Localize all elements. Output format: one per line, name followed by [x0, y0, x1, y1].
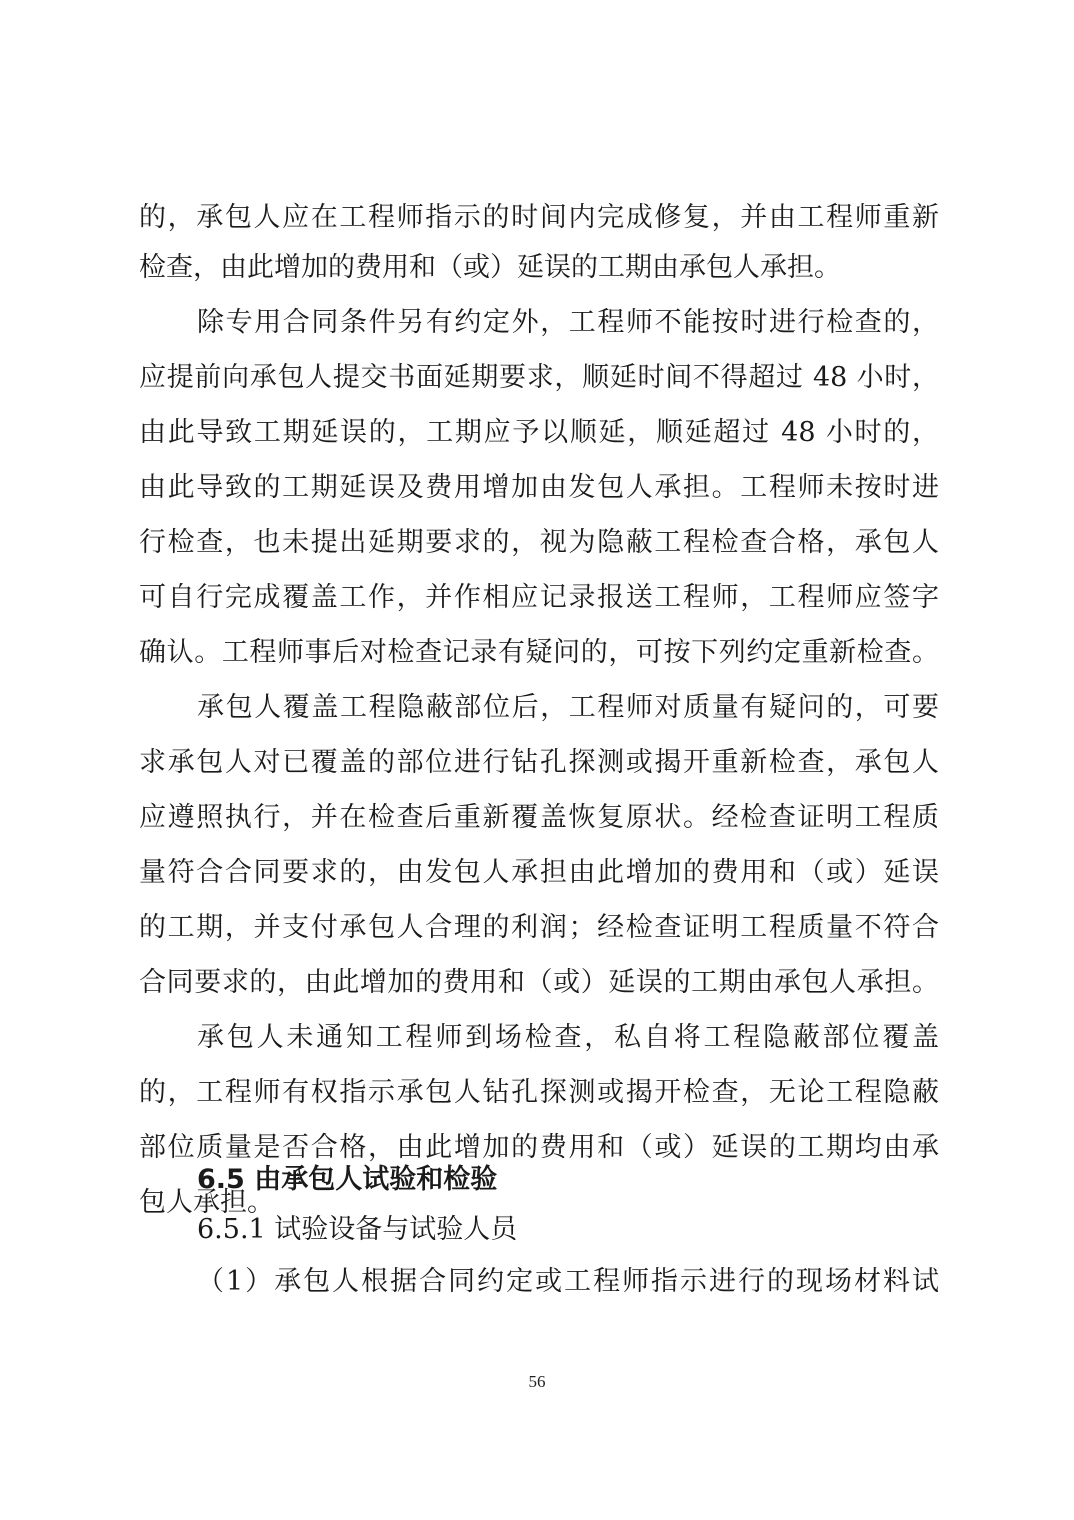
- paragraph-3-line-2: 求承包人对已覆盖的部位进行钻孔探测或揭开重新检查，承包人: [139, 745, 939, 781]
- paragraph-1-line-1: 的，承包人应在工程师指示的时间内完成修复，并由工程师重新: [139, 200, 939, 236]
- paragraph-2-line-2: 应提前向承包人提交书面延期要求，顺延时间不得超过 48 小时，: [139, 360, 939, 396]
- paragraph-1-line-2: 检查，由此增加的费用和（或）延误的工期由承包人承担。: [139, 250, 939, 286]
- paragraph-4-line-2: 的，工程师有权指示承包人钻孔探测或揭开检查，无论工程隐蔽: [139, 1075, 939, 1111]
- paragraph-3-line-1: 承包人覆盖工程隐蔽部位后，工程师对质量有疑问的，可要: [197, 690, 939, 726]
- list-item-1: （1）承包人根据合同约定或工程师指示进行的现场材料试: [197, 1264, 939, 1300]
- page-number: 56: [0, 1372, 1074, 1392]
- paragraph-3-line-3: 应遵照执行，并在检查后重新覆盖恢复原状。经检查证明工程质: [139, 800, 939, 836]
- section-heading: 6.5 由承包人试验和检验: [197, 1162, 497, 1198]
- paragraph-2-line-1: 除专用合同条件另有约定外，工程师不能按时进行检查的，: [197, 305, 939, 341]
- subsection-heading: 6.5.1 试验设备与试验人员: [197, 1212, 517, 1248]
- paragraph-3-line-4: 量符合合同要求的，由发包人承担由此增加的费用和（或）延误: [139, 855, 939, 891]
- paragraph-2-line-3: 由此导致工期延误的，工期应予以顺延，顺延超过 48 小时的，: [139, 415, 939, 451]
- paragraph-4-line-1: 承包人未通知工程师到场检查，私自将工程隐蔽部位覆盖: [197, 1020, 939, 1056]
- paragraph-2-line-7: 确认。工程师事后对检查记录有疑问的，可按下列约定重新检查。: [139, 635, 939, 671]
- paragraph-2-line-5: 行检查，也未提出延期要求的，视为隐蔽工程检查合格，承包人: [139, 525, 939, 561]
- paragraph-2-line-6: 可自行完成覆盖工作，并作相应记录报送工程师，工程师应签字: [139, 580, 939, 616]
- document-page: 的，承包人应在工程师指示的时间内完成修复，并由工程师重新 检查，由此增加的费用和…: [0, 0, 1074, 1520]
- paragraph-3-line-5: 的工期，并支付承包人合理的利润；经检查证明工程质量不符合: [139, 910, 939, 946]
- paragraph-4-line-3: 部位质量是否合格，由此增加的费用和（或）延误的工期均由承: [139, 1130, 939, 1166]
- paragraph-2-line-4: 由此导致的工期延误及费用增加由发包人承担。工程师未按时进: [139, 470, 939, 506]
- paragraph-3-line-6: 合同要求的，由此增加的费用和（或）延误的工期由承包人承担。: [139, 965, 939, 1001]
